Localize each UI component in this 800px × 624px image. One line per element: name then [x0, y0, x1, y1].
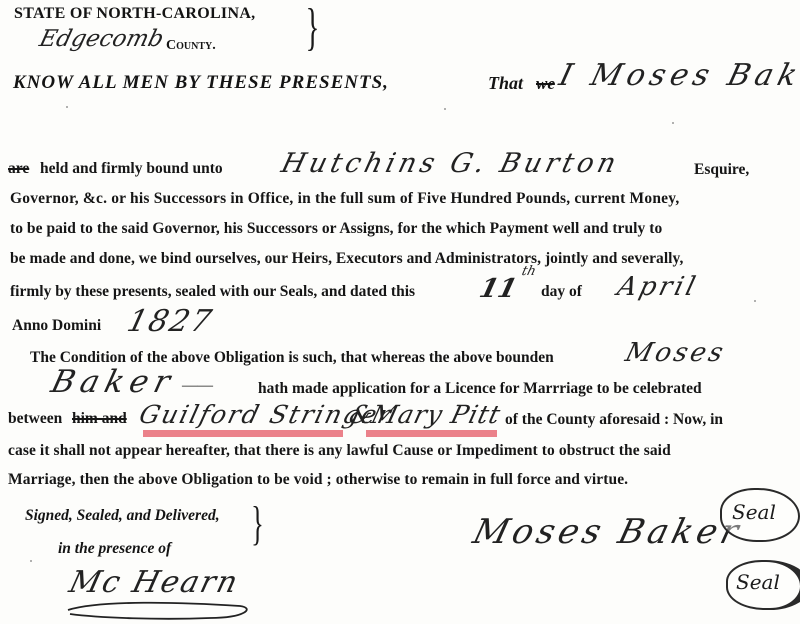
scan-speck	[672, 122, 674, 124]
signed-sealed-delivered: Signed, Sealed, and Delivered,	[25, 507, 220, 525]
scan-speck	[754, 300, 756, 302]
witness-flourish	[60, 598, 260, 624]
governor-name-handwritten: Hutchins G. Burton	[278, 148, 623, 179]
month-handwritten: April	[614, 272, 701, 302]
day-superscript-th: th	[520, 264, 537, 279]
bride-name-highlight	[366, 430, 497, 437]
witness-signature: Mc Hearn	[66, 565, 243, 600]
esquire-text: Esquire,	[694, 161, 749, 179]
county-label: County.	[166, 38, 216, 54]
header-brace: }	[306, 2, 320, 54]
scan-speck	[30, 560, 32, 562]
anno-domini-text: Anno Domini	[12, 317, 101, 335]
held-and-bound-text: held and firmly bound unto	[40, 160, 223, 178]
know-all-men-headline: KNOW ALL MEN BY THESE PRESENTS,	[13, 72, 389, 94]
bounden-first-name-handwritten: Moses	[622, 338, 729, 368]
in-the-presence-of: in the presence of	[58, 540, 171, 558]
struck-word-are: are	[8, 160, 29, 178]
bond-text-line-11: Marriage, then the above Obligation to b…	[8, 471, 628, 489]
struck-him-and: him and	[72, 410, 127, 428]
county-aforesaid-text: of the County aforesaid : Now, in	[505, 411, 723, 429]
scan-speck	[66, 106, 68, 108]
bond-text-line-5: firmly by these presents, sealed with ou…	[10, 283, 415, 301]
day-of-text: day of	[541, 283, 582, 301]
county-handwritten: Edgecomb	[37, 26, 167, 52]
day-handwritten: 11	[476, 274, 520, 304]
bond-text-line-2: Governor, &c. or his Successors in Offic…	[10, 190, 679, 208]
year-handwritten: 1827	[124, 304, 217, 339]
groom-name-highlight	[143, 430, 343, 437]
application-text-line: hath made application for a Licence for …	[258, 380, 702, 398]
principal-name-handwritten: I Moses Bak	[556, 58, 800, 93]
bond-text-line-4: be made and done, we bind ourselves, our…	[10, 250, 683, 268]
dash-mark: ——	[182, 377, 213, 395]
bride-name-handwritten: Mary Pitt	[368, 400, 504, 429]
bond-text-line-3: to be paid to the said Governor, his Suc…	[10, 220, 662, 238]
bond-text-line-10: case it shall not appear hereafter, that…	[8, 442, 671, 460]
between-text: between	[8, 410, 62, 428]
attestation-brace: }	[251, 500, 264, 548]
seal-1-label: Seal	[732, 500, 776, 524]
that-word: That	[488, 73, 523, 94]
state-heading: STATE OF NORTH-CAROLINA,	[14, 5, 255, 23]
marriage-bond-document: STATE OF NORTH-CAROLINA, Edgecomb County…	[0, 0, 800, 624]
scan-speck	[444, 108, 446, 110]
bounden-surname-handwritten: Baker	[48, 364, 180, 400]
struck-word-we: we	[536, 74, 555, 94]
seal-2-label: Seal	[736, 570, 780, 594]
principal-signature: Moses Baker	[469, 512, 746, 552]
